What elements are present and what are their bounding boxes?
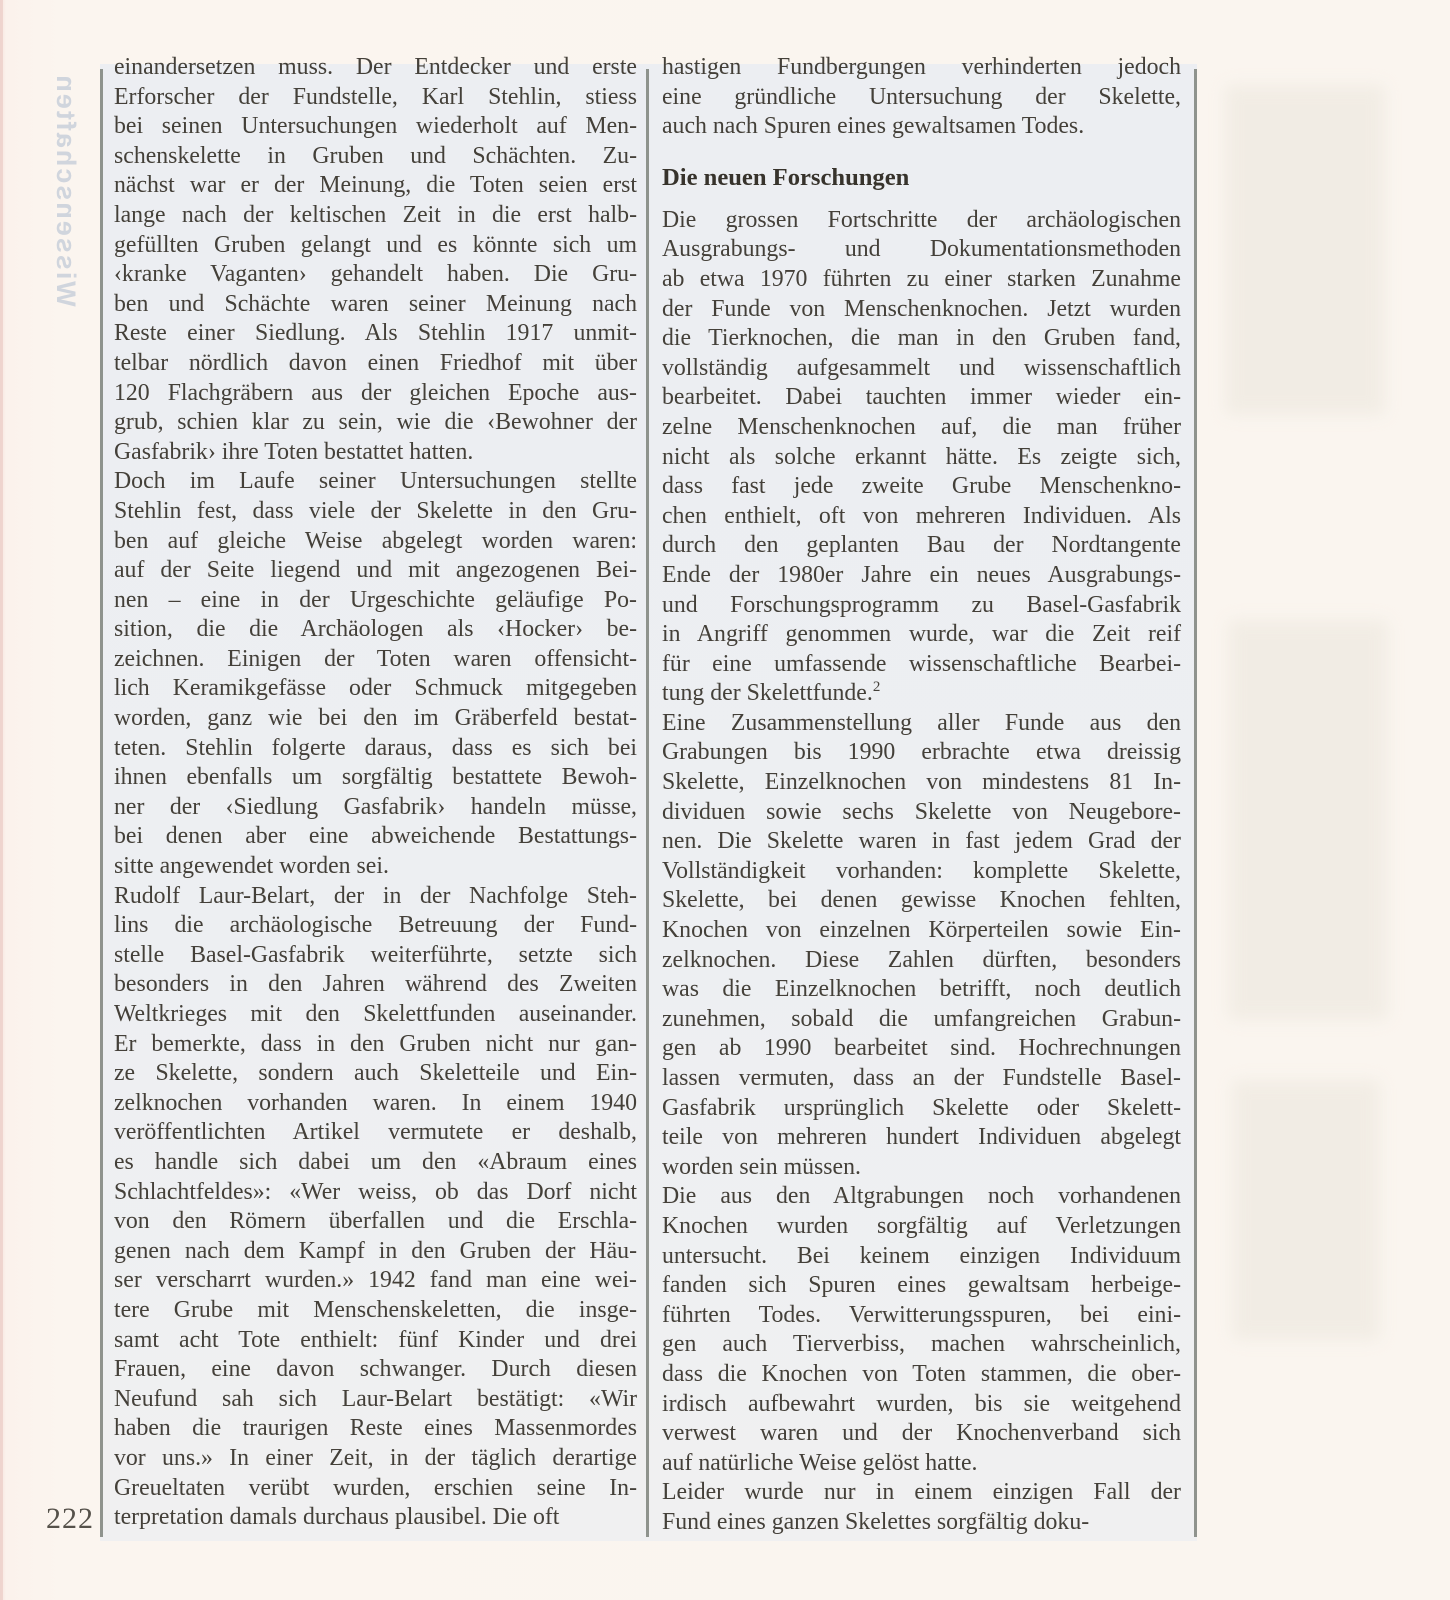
text-line: einandersetzen muss. Der Entdecker und e… xyxy=(114,53,637,83)
column-rule-left xyxy=(100,69,103,1537)
text-line: ab etwa 1970 führten zu einer starken Zu… xyxy=(662,265,1181,295)
text-line: Gasfabrik ursprünglich Skelette oder Ske… xyxy=(662,1094,1181,1124)
footnote-reference: 2 xyxy=(873,679,881,695)
paragraph: Die aus den Altgrabungen noch vorhandene… xyxy=(662,1182,1181,1478)
text-line: Stehlin fest, dass viele der Skelette in… xyxy=(114,497,637,527)
text-line: verwest waren und der Knochenverband sic… xyxy=(662,1419,1181,1449)
paragraph: Leider wurde nur in einem einzigen Fall … xyxy=(662,1478,1181,1537)
text-line: führten Todes. Verwitterungsspuren, bei … xyxy=(662,1301,1181,1331)
section-heading: Die neuen Forschungen xyxy=(662,163,1181,193)
text-line: dass fast jede zweite Grube Menschenkno- xyxy=(662,472,1181,502)
paragraph: Rudolf Laur-Belart, der in der Nachfolge… xyxy=(114,882,637,1533)
text-line: Fund eines ganzen Skelettes sorgfältig d… xyxy=(662,1508,1181,1538)
text-line: ben auf gleiche Weise abgelegt worden wa… xyxy=(114,527,637,557)
text-line: dividuen sowie sechs Skelette von Neugeb… xyxy=(662,798,1181,828)
scanned-book-page: { "page": { "number": "222", "margin_gho… xyxy=(0,0,1450,1600)
text-line: nen. Die Skelette waren in fast jedem Gr… xyxy=(662,827,1181,857)
paragraph: einandersetzen muss. Der Entdecker und e… xyxy=(114,53,637,467)
text-line: nen – eine in der Urgeschichte geläufige… xyxy=(114,586,637,616)
text-column-right: hastigen Fundbergungen verhinderten jedo… xyxy=(662,53,1181,1538)
text-line: sitte angewendet worden sei. xyxy=(114,852,637,882)
text-line: Leider wurde nur in einem einzigen Fall … xyxy=(662,1478,1181,1508)
text-line: lich Keramikgefässe oder Schmuck mitgege… xyxy=(114,674,637,704)
text-line: ‹kranke Vaganten› gehandelt haben. Die G… xyxy=(114,260,637,290)
text-line: Skelette, Einzelknochen von mindestens 8… xyxy=(662,768,1181,798)
text-line: ze Skelette, sondern auch Skeletteile un… xyxy=(114,1059,637,1089)
text-line: Skelette, bei denen gewisse Knochen fehl… xyxy=(662,886,1181,916)
text-line: Er bemerkte, dass in den Gruben nicht nu… xyxy=(114,1030,637,1060)
text-line: 120 Flachgräbern aus der gleichen Epoche… xyxy=(114,379,637,409)
paragraph: Doch im Laufe seiner Untersuchungen stel… xyxy=(114,467,637,881)
text-line: bei denen aber eine abweichende Bestattu… xyxy=(114,822,637,852)
text-line: Schlachtfeldes»: «Wer weiss, ob das Dorf… xyxy=(114,1178,637,1208)
text-line: lins die archäologische Betreuung der Fu… xyxy=(114,911,637,941)
text-line: zeichnen. Einigen der Toten waren offens… xyxy=(114,645,637,675)
text-line: zelknochen vorhanden waren. In einem 194… xyxy=(114,1089,637,1119)
text-line: schenskelette in Gruben und Schächten. Z… xyxy=(114,142,637,172)
text-line: Knochen wurden sorgfältig auf Verletzung… xyxy=(662,1212,1181,1242)
text-line: nächst war er der Meinung, die Toten sei… xyxy=(114,171,637,201)
text-line: Gasfabrik› ihre Toten bestattet hatten. xyxy=(114,438,637,468)
text-line: gen auch Tierverbiss, machen wahrscheinl… xyxy=(662,1330,1181,1360)
page-showthrough-block xyxy=(1228,620,1388,1020)
text-line: teten. Stehlin folgerte daraus, dass es … xyxy=(114,734,637,764)
column-rule-middle xyxy=(646,69,649,1537)
text-line: veröffentlichten Artikel vermutete er de… xyxy=(114,1118,637,1148)
paragraph: hastigen Fundbergungen verhinderten jedo… xyxy=(662,53,1181,142)
text-line: irdisch aufbewahrt wurden, bis sie weitg… xyxy=(662,1390,1181,1420)
text-line: worden sein müssen. xyxy=(662,1153,1181,1183)
text-line: gen ab 1990 bearbeitet sind. Hochrechnun… xyxy=(662,1034,1181,1064)
text-line: und Forschungsprogramm zu Basel-Gasfabri… xyxy=(662,591,1181,621)
text-line: terpretation damals durchaus plausibel. … xyxy=(114,1503,637,1533)
text-line: zelknochen. Diese Zahlen dürften, besond… xyxy=(662,946,1181,976)
page-showthrough-block xyxy=(1232,1080,1380,1340)
text-line: ben und Schächte waren seiner Meinung na… xyxy=(114,290,637,320)
scan-edge-strip xyxy=(0,0,3,1600)
text-line: genen nach dem Kampf in den Gruben der H… xyxy=(114,1237,637,1267)
page-number: 222 xyxy=(28,1502,94,1536)
text-line: gefüllten Gruben gelangt und es könnte s… xyxy=(114,231,637,261)
text-line: untersucht. Bei keinem einzigen Individu… xyxy=(662,1242,1181,1272)
text-line: lange nach der keltischen Zeit in die er… xyxy=(114,201,637,231)
text-line: für eine umfassende wissenschaftliche Be… xyxy=(662,650,1181,680)
text-line: Die grossen Fortschritte der archäologis… xyxy=(662,206,1181,236)
text-line: Eine Zusammenstellung aller Funde aus de… xyxy=(662,709,1181,739)
text-line: nicht als solche erkannt hätte. Es zeigt… xyxy=(662,443,1181,473)
text-line: Knochen von einzelnen Körperteilen sowie… xyxy=(662,916,1181,946)
text-line: besonders in den Jahren während des Zwei… xyxy=(114,970,637,1000)
text-line: Doch im Laufe seiner Untersuchungen stel… xyxy=(114,467,637,497)
text-line: es handle sich dabei um den «Abraum eine… xyxy=(114,1148,637,1178)
text-line: stelle Basel-Gasfabrik weiterführte, set… xyxy=(114,941,637,971)
text-line: Die aus den Altgrabungen noch vorhandene… xyxy=(662,1182,1181,1212)
text-line: Rudolf Laur-Belart, der in der Nachfolge… xyxy=(114,882,637,912)
text-line: ihnen ebenfalls um sorgfältig bestattete… xyxy=(114,763,637,793)
text-line: teile von mehreren hundert Individuen ab… xyxy=(662,1123,1181,1153)
text-line: fanden sich Spuren eines gewaltsam herbe… xyxy=(662,1271,1181,1301)
text-line: Reste einer Siedlung. Als Stehlin 1917 u… xyxy=(114,319,637,349)
text-line: vollständig aufgesammelt und wissenschaf… xyxy=(662,354,1181,384)
text-line: tere Grube mit Menschenskeletten, die in… xyxy=(114,1296,637,1326)
text-line: Ende der 1980er Jahre ein neues Ausgrabu… xyxy=(662,561,1181,591)
text-line: Weltkrieges mit den Skelettfunden ausein… xyxy=(114,1000,637,1030)
text-line: hastigen Fundbergungen verhinderten jedo… xyxy=(662,53,1181,83)
text-line: Ausgrabungs- und Dokumentationsmethoden xyxy=(662,235,1181,265)
text-line: chen enthielt, oft von mehreren Individu… xyxy=(662,502,1181,532)
text-line: haben die traurigen Reste eines Massenmo… xyxy=(114,1414,637,1444)
text-line: was die Einzelknochen betrifft, noch deu… xyxy=(662,975,1181,1005)
text-line: eine gründliche Untersuchung der Skelett… xyxy=(662,83,1181,113)
text-line: sition, die die Archäologen als ‹Hocker›… xyxy=(114,615,637,645)
text-line: ser verscharrt wurden.» 1942 fand man ei… xyxy=(114,1266,637,1296)
text-line: telbar nördlich davon einen Friedhof mit… xyxy=(114,349,637,379)
text-line: ner der ‹Siedlung Gasfabrik› handeln müs… xyxy=(114,793,637,823)
text-line: grub, schien klar zu sein, wie die ‹Bewo… xyxy=(114,408,637,438)
text-line: lassen vermuten, dass an der Fundstelle … xyxy=(662,1064,1181,1094)
paragraph: Eine Zusammenstellung aller Funde aus de… xyxy=(662,709,1181,1183)
text-line: Erforscher der Fundstelle, Karl Stehlin,… xyxy=(114,83,637,113)
text-line: durch den geplanten Bau der Nordtangente xyxy=(662,531,1181,561)
text-line: die Tierknochen, die man in den Gruben f… xyxy=(662,324,1181,354)
text-line: vor uns.» In einer Zeit, in der täglich … xyxy=(114,1444,637,1474)
column-rule-right xyxy=(1194,69,1197,1537)
text-line: bearbeitet. Dabei tauchten immer wieder … xyxy=(662,383,1181,413)
text-line: tung der Skelettfunde.2 xyxy=(662,679,1181,709)
text-line: zelne Menschenknochen auf, die man frühe… xyxy=(662,413,1181,443)
text-line: worden, ganz wie bei den im Gräberfeld b… xyxy=(114,704,637,734)
text-line: auf natürliche Weise gelöst hatte. xyxy=(662,1449,1181,1479)
text-line: der Funde von Menschenknochen. Jetzt wur… xyxy=(662,295,1181,325)
text-line: dass die Knochen von Toten stammen, die … xyxy=(662,1360,1181,1390)
text-line: auf der Seite liegend und mit angezogene… xyxy=(114,556,637,586)
page-showthrough-block xyxy=(1225,85,1385,415)
text-line: Frauen, eine davon schwanger. Durch dies… xyxy=(114,1355,637,1385)
text-line: Grabungen bis 1990 erbrachte etwa dreiss… xyxy=(662,738,1181,768)
text-line: von den Römern überfallen und die Erschl… xyxy=(114,1207,637,1237)
paragraph: Die grossen Fortschritte der archäologis… xyxy=(662,206,1181,709)
text-line: Neufund sah sich Laur-Belart bestätigt: … xyxy=(114,1385,637,1415)
text-line: zunehmen, sobald die umfangreichen Grabu… xyxy=(662,1005,1181,1035)
text-line: bei seinen Untersuchungen wiederholt auf… xyxy=(114,112,637,142)
text-line: Vollständigkeit vorhanden: komplette Ske… xyxy=(662,857,1181,887)
text-column-left: einandersetzen muss. Der Entdecker und e… xyxy=(114,53,637,1533)
text-line: auch nach Spuren eines gewaltsamen Todes… xyxy=(662,112,1181,142)
text-line: samt acht Tote enthielt: fünf Kinder und… xyxy=(114,1326,637,1356)
text-line: Greueltaten verübt wurden, erschien sein… xyxy=(114,1474,637,1504)
text-line: in Angriff genommen wurde, war die Zeit … xyxy=(662,620,1181,650)
margin-ghost-text: Wissenschaften xyxy=(47,62,81,318)
